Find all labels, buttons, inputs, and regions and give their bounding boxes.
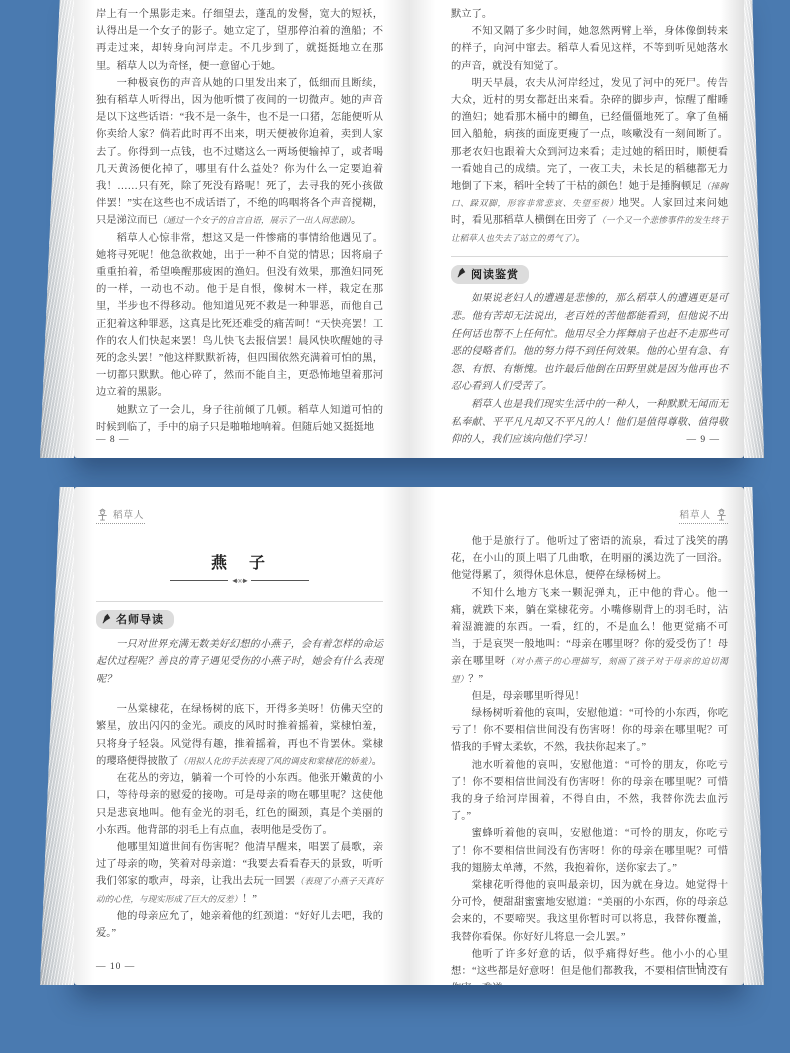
paragraph: 不知又隔了多少时间，她忽然两臂上举，身体像倒转来的样子，向河中窜去。稻草人看见这…: [451, 23, 728, 75]
page-stack-left-edge: [40, 487, 74, 985]
section-title: 名师导读: [116, 611, 164, 627]
page-stack-right-edge: [744, 487, 764, 985]
paragraph: 在花丛的旁边，躺着一个可怜的小东西。他张开嫩黄的小口，等待母亲的慰爱的接吻。可是…: [96, 770, 383, 839]
appreciation-paragraph: 如果说老妇人的遭遇是悲惨的，那么稻草人的遭遇更是可悲。他有苦却无法说出，老百姓的…: [451, 290, 728, 396]
page-number: — 9 —: [687, 435, 721, 445]
chapter-title: 燕 子: [96, 550, 383, 573]
paragraph: 他的母亲应允了，她亲着他的红颈道：“好好儿去吧，我的爱。”: [96, 908, 383, 942]
page-8: 岸上有一个黑影走来。仔细望去，蓬乱的发髻，宽大的短袄，认得出是一个女子的影子。她…: [74, 0, 409, 458]
paragraph: 棠棣花听得他的哀叫最亲切，因为就在身边。她觉得十分可怜，便甜甜蜜蜜地安慰道：“美…: [451, 877, 728, 946]
paragraph: 绿杨树听着他的哀叫，安慰他道：“可怜的小东西，你吃亏了！你不要相信世间没有伤害呀…: [451, 705, 728, 757]
page-number: — 10 —: [96, 962, 135, 972]
paragraph: 一丛棠棣花，在绿杨树的底下，开得多美呀！仿佛天空的繁星，放出闪闪的金光。顽皮的风…: [96, 701, 383, 770]
page-11: 稻草人 他于是旅行了。他听过了密语的流泉，看过了浅笑的鹃花，在小山的顶上唱了几曲…: [409, 487, 744, 985]
title-ornament: ◄∞►: [96, 576, 383, 585]
paragraph: 明天早晨，农夫从河岸经过，发见了河中的死尸。传告大众，近村的男女都赶出来看。杂碎…: [451, 75, 728, 247]
section-badge-guide: 名师导读: [96, 610, 174, 629]
paragraph: 但是，母亲哪里听得见！: [451, 688, 728, 705]
section-divider: [451, 256, 728, 257]
paragraph: 他哪里知道世间有伤害呢？他清早醒来，唱罢了晨歌，亲过了母亲的吻，笑着对母亲道：“…: [96, 839, 383, 908]
scarecrow-icon: [715, 508, 728, 521]
paragraph: 默立了。: [451, 6, 728, 23]
pen-nib-icon: [457, 267, 468, 278]
section-title: 阅读鉴赏: [471, 266, 519, 282]
page-stack-right-edge: [744, 0, 764, 458]
guide-intro: 一只对世界充满无数美好幻想的小燕子，会有着怎样的命运起伏过程呢？善良的青子遇见受…: [96, 636, 383, 689]
paragraph: 一种极哀伤的声音从她的口里发出来了，低细而且断续，独有稻草人听得出，因为他听惯了…: [96, 75, 383, 230]
paragraph: 他于是旅行了。他听过了密语的流泉，看过了浅笑的鹃花，在小山的顶上唱了几曲歌，在明…: [451, 533, 728, 585]
page-number: — 8 —: [96, 435, 130, 445]
book-spread-top: 岸上有一个黑影走来。仔细望去，蓬乱的发髻，宽大的短袄，认得出是一个女子的影子。她…: [74, 0, 744, 458]
page-9: 默立了。 不知又隔了多少时间，她忽然两臂上举，身体像倒转来的样子，向河中窜去。稻…: [409, 0, 744, 458]
paragraph: 不知什么地方飞来一颗泥弹丸，正中他的背心。他一痛，就跌下来，躺在棠棣花旁。小嘴修…: [451, 585, 728, 688]
running-header-label: 稻草人: [113, 507, 145, 521]
paragraph: 岸上有一个黑影走来。仔细望去，蓬乱的发髻，宽大的短袄，认得出是一个女子的影子。她…: [96, 6, 383, 75]
page-number: — 11 —: [681, 962, 720, 972]
section-divider: [96, 601, 383, 602]
paragraph: 稻草人心惊非常，想这又是一件惨痛的事情给他遇见了。她将寻死呢！他急欲救她，出于一…: [96, 230, 383, 402]
section-badge-appreciation: 阅读鉴赏: [451, 265, 529, 284]
running-header: 稻草人: [96, 507, 145, 524]
running-header-label: 稻草人: [679, 507, 711, 521]
page-stack-left-edge: [40, 0, 74, 458]
paragraph: 蜜蜂听着他的哀叫，安慰他道：“可怜的朋友，你吃亏了！你不要相信世间没有伤害呀！你…: [451, 825, 728, 877]
page-10: 稻草人 燕 子 ◄∞► 名师导读 一只对世界充满无数美好幻想的小燕子，会有着怎样: [74, 487, 409, 985]
scarecrow-icon: [96, 508, 109, 521]
pen-nib-icon: [102, 613, 113, 624]
product-photo: 岸上有一个黑影走来。仔细望去，蓬乱的发髻，宽大的短袄，认得出是一个女子的影子。她…: [0, 0, 790, 1053]
book-spread-bottom: 稻草人 燕 子 ◄∞► 名师导读 一只对世界充满无数美好幻想的小燕子，会有着怎样: [74, 487, 744, 985]
paragraph: 池水听着他的哀叫，安慰他道：“可怜的朋友，你吃亏了！你不要相信世间没有伤害呀！你…: [451, 757, 728, 826]
paragraph: 她默立了一会儿，身子往前倾了几顿。稻草人知道可怕的时候到临了，手中的扇子只是啪啪…: [96, 402, 383, 436]
running-header: 稻草人: [679, 507, 728, 524]
